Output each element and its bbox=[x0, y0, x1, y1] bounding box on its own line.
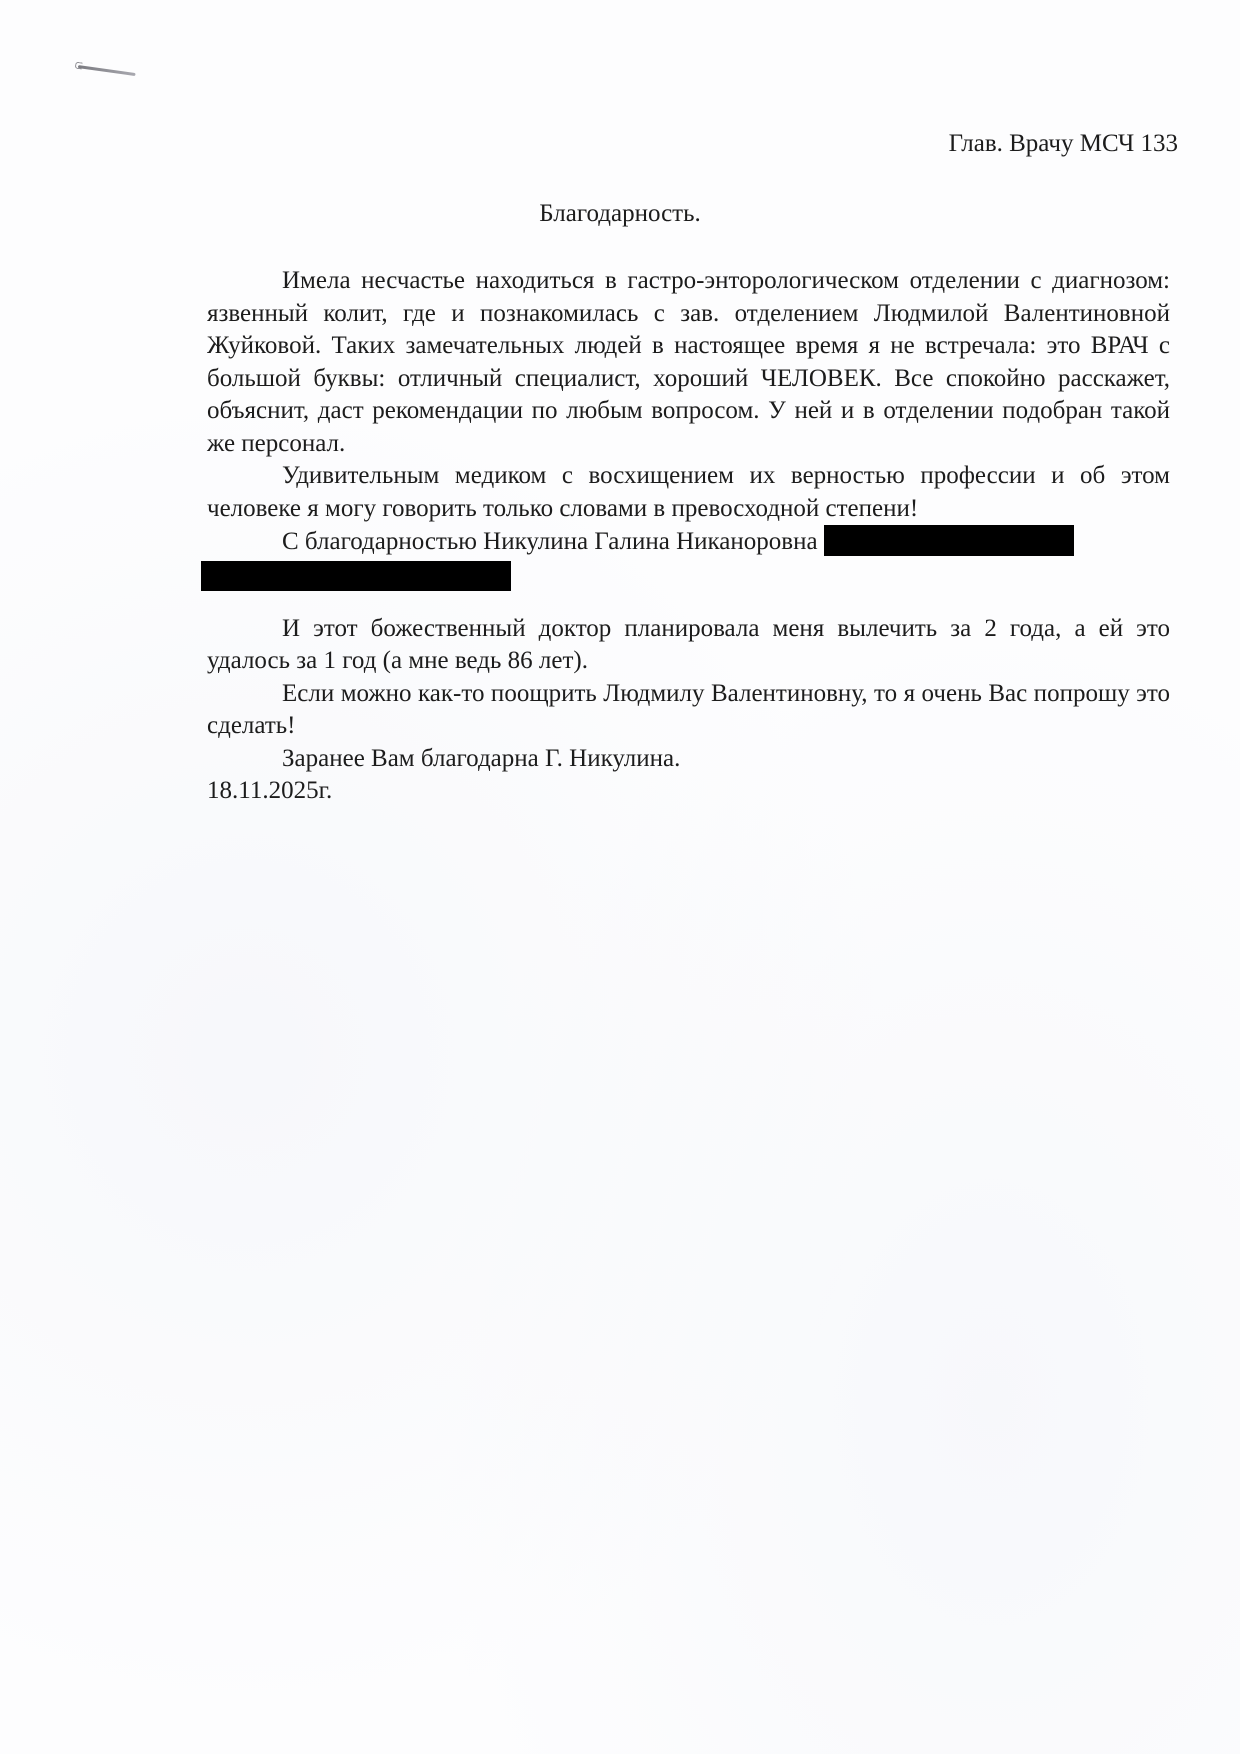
closing-line: Заранее Вам благодарна Г. Никулина. bbox=[207, 743, 1170, 776]
letter-title: Благодарность. bbox=[0, 198, 1240, 230]
letter-date: 18.11.2025г. bbox=[207, 775, 1170, 808]
staple-mark bbox=[78, 65, 136, 76]
paragraph-2: Удивительным медиком с восхищением их ве… bbox=[207, 460, 1170, 525]
scanned-page: Глав. Врачу МСЧ 133 Благодарность. Имела… bbox=[0, 0, 1240, 1754]
redaction-bar-1 bbox=[824, 525, 1074, 556]
signature-paragraph: С благодарностью Никулина Галина Никанор… bbox=[207, 525, 1170, 559]
addressee: Глав. Врачу МСЧ 133 bbox=[949, 128, 1178, 160]
spacer bbox=[207, 591, 1170, 613]
postscript-2: Если можно как-то поощрить Людмилу Вален… bbox=[207, 678, 1170, 743]
signature-line: С благодарностью Никулина Галина Никанор… bbox=[282, 528, 818, 555]
redaction-bar-2 bbox=[201, 561, 511, 591]
postscript-1: И этот божественный доктор планировала м… bbox=[207, 613, 1170, 678]
paragraph-1: Имела несчастье находиться в гастро-энто… bbox=[207, 265, 1170, 460]
letter-body: Имела несчастье находиться в гастро-энто… bbox=[207, 265, 1170, 808]
